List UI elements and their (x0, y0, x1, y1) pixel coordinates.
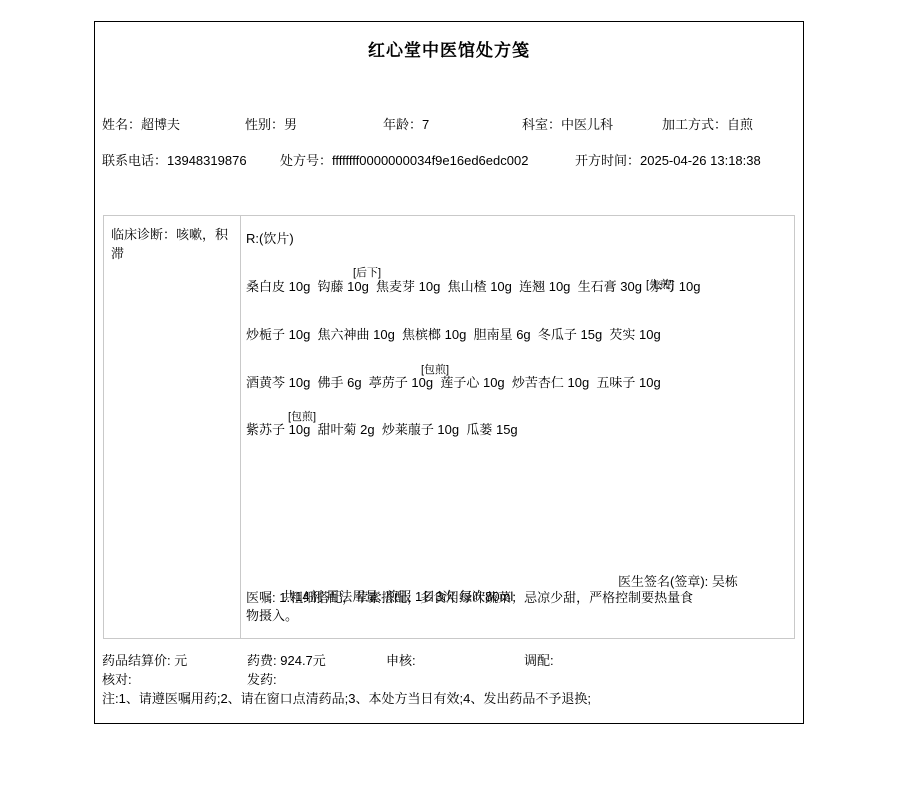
herb-line-1: 桑白皮 10g 钩藤 10g 焦麦芽 10g 焦山楂 10g 连翘 10g 生石… (246, 276, 700, 295)
patient-gender-field: 性别：男 (245, 114, 297, 133)
department-label: 科室： (522, 117, 561, 132)
diagnosis-label: 临床诊断： (111, 227, 176, 242)
issue-field: 发药: (247, 669, 277, 688)
medicine-fee-label: 药费: (247, 653, 277, 668)
patient-info-row-2: 联系电话：13948319876 处方号：ffffffff0000000034f… (95, 150, 803, 168)
prescription-number-label: 处方号： (280, 153, 332, 168)
phone-label: 联系电话： (102, 153, 167, 168)
prescription-sheet: 红心堂中医馆处方笺 姓名：超博夫 性别：男 年龄：7 科室：中医儿科 加工方式：… (94, 21, 804, 724)
prescription-number-field: 处方号：ffffffff0000000034f9e16ed6edc002 (280, 150, 528, 169)
prescribe-time-field: 开方时间：2025-04-26 13:18:38 (575, 150, 761, 169)
decoction-annotation-row-1: [后下] [先煎] (246, 252, 277, 266)
clinical-diagnosis: 临床诊断：咳嗽，积滞 (104, 216, 241, 638)
page-title: 红心堂中医馆处方笺 (95, 36, 803, 61)
herb-line-4: 紫苏子 10g 甜叶菊 2g 炒莱菔子 10g 瓜蒌 15g (246, 419, 518, 438)
department-value: 中医儿科 (561, 117, 613, 132)
prescription-number-value: ffffffff0000000034f9e16ed6edc002 (332, 153, 528, 168)
rx-header: R:(饮片) (246, 228, 294, 247)
prescription-box: 临床诊断：咳嗽，积滞 R:(饮片) [后下] [先煎] 桑白皮 10g 钩藤 1… (103, 215, 795, 639)
medical-advice: 医嘱: 1.粗细搭配，荤素搭配，多食用绿叶蔬菜；忌凉少甜，严格控制要热量食物摄入… (246, 589, 701, 625)
medicine-fee-field: 药费: 924.7元 (247, 650, 326, 669)
decoction-annotation-row-2: [包煎] (246, 349, 277, 363)
processing-method-field: 加工方式：自煎 (662, 114, 753, 133)
patient-age-label: 年龄： (383, 117, 422, 132)
processing-method-value: 自煎 (727, 117, 753, 132)
patient-name-value: 超博夫 (141, 117, 180, 132)
footer-note: 注:1、请遵医嘱用药;2、请在窗口点清药品;3、本处方当日有效;4、发出药品不予… (102, 688, 792, 707)
patient-gender-label: 性别： (245, 117, 284, 132)
review-field: 申核: (386, 650, 416, 669)
settlement-price-label: 药品结算价: (102, 653, 171, 668)
patient-age-value: 7 (422, 117, 429, 132)
doctor-signature-value: 吴栋 (712, 574, 738, 589)
dispense-field: 调配: (524, 650, 554, 669)
patient-name-label: 姓名： (102, 117, 141, 132)
prescription-body: R:(饮片) [后下] [先煎] 桑白皮 10g 钩藤 10g 焦麦芽 10g … (241, 216, 794, 638)
prescribe-time-label: 开方时间： (575, 153, 640, 168)
patient-name-field: 姓名：超博夫 (102, 114, 180, 133)
department-field: 科室：中医儿科 (522, 114, 613, 133)
patient-age-field: 年龄：7 (383, 114, 429, 133)
doctor-signature-label: 医生签名(签章): (618, 574, 712, 589)
prescription-page: 红心堂中医馆处方笺 姓名：超博夫 性别：男 年龄：7 科室：中医儿科 加工方式：… (0, 0, 900, 800)
check-field: 核对: (102, 669, 132, 688)
decoction-annotation-row-3: [包煎] (246, 396, 277, 410)
phone-field: 联系电话：13948319876 (102, 150, 247, 169)
prescribe-time-value: 2025-04-26 13:18:38 (640, 153, 761, 168)
settlement-price-field: 药品结算价: 元 (102, 650, 187, 669)
herb-line-3: 酒黄芩 10g 佛手 6g 葶苈子 10g 莲子心 10g 炒苦杏仁 10g 五… (246, 372, 661, 391)
doctor-signature-field: 医生签名(签章): 吴栋 (618, 571, 738, 590)
settlement-price-value: 元 (174, 653, 187, 668)
patient-info-row-1: 姓名：超博夫 性别：男 年龄：7 科室：中医儿科 加工方式：自煎 (95, 114, 803, 132)
processing-method-label: 加工方式： (662, 117, 727, 132)
patient-gender-value: 男 (284, 117, 297, 132)
phone-value: 13948319876 (167, 153, 247, 168)
herb-line-2: 炒栀子 10g 焦六神曲 10g 焦槟榔 10g 胆南星 6g 冬瓜子 15g … (246, 324, 661, 343)
medicine-fee-value: 924.7元 (280, 653, 326, 668)
